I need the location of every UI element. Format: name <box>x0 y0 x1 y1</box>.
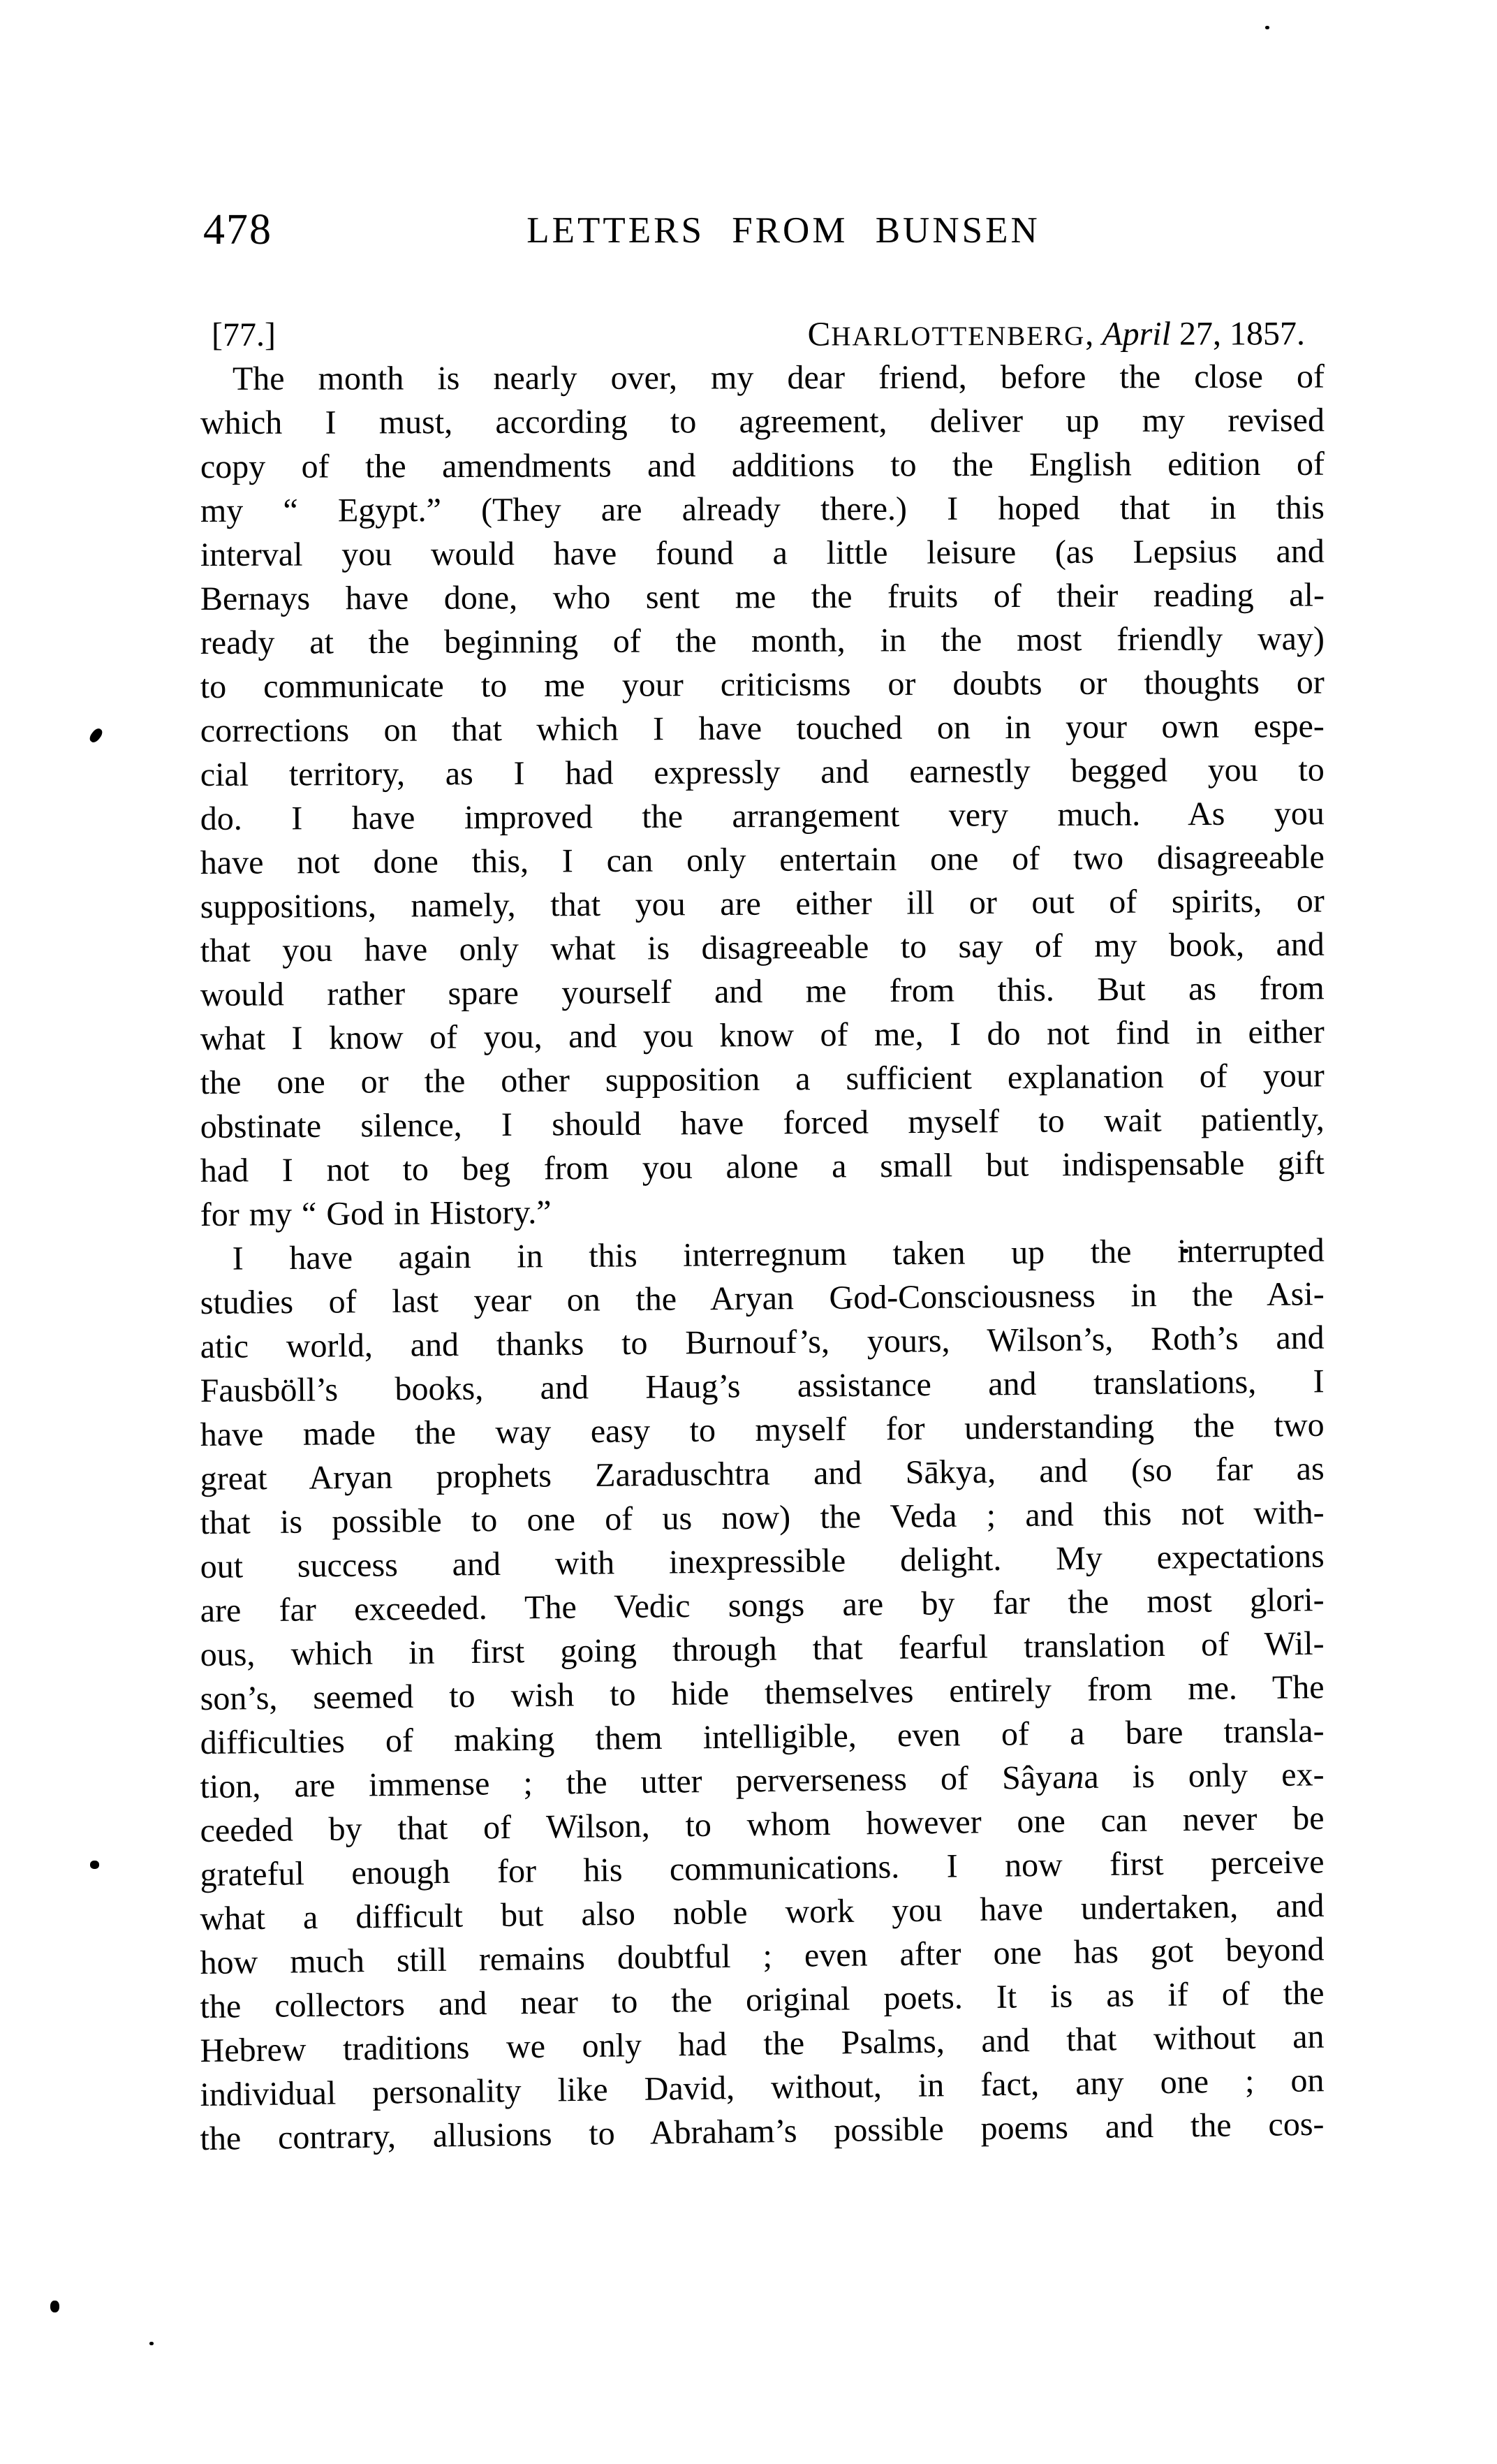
text-line: which I must, according to agreement, de… <box>200 399 1325 446</box>
dateline-month: April <box>1102 316 1171 353</box>
text-line: that you have only what is disagreeable … <box>200 923 1325 974</box>
ink-speck <box>88 726 105 744</box>
text-line: what I know of you, and you know of me, … <box>200 1011 1325 1062</box>
text-line: The month is nearly over, my dear friend… <box>200 355 1325 402</box>
text-line: obstinate silence, I should have forced … <box>200 1098 1325 1150</box>
ink-speck <box>149 2342 154 2345</box>
ink-speck <box>90 1861 99 1869</box>
place-name: HARLOTTENBERG <box>831 321 1085 352</box>
letter-text: The month is nearly over, my dear friend… <box>200 358 1325 2162</box>
page-header: 478 LETTERS FROM BUNSEN <box>200 208 1325 257</box>
place-initial: C <box>808 314 832 353</box>
place-and-date: CHARLOTTENBERG, April 27, 1857. <box>808 312 1305 358</box>
text-line: would rather spare yourself and me from … <box>200 967 1325 1018</box>
text-line: copy of the amendments and additions to … <box>200 443 1325 490</box>
running-title: LETTERS FROM BUNSEN <box>221 212 1345 249</box>
text-line: do. I have improved the arrangement very… <box>200 792 1325 842</box>
ink-speck <box>1183 1249 1188 1253</box>
ink-speck <box>1265 26 1269 29</box>
text-line: the one or the other supposition a suffi… <box>200 1054 1325 1106</box>
text-line: suppositions, namely, that you are eithe… <box>200 879 1325 930</box>
letter-number: [77.] <box>212 314 276 356</box>
text-line: to communicate to me your criticisms or … <box>200 661 1325 710</box>
text-line: ready at the beginning of the month, in … <box>200 617 1325 666</box>
text-line: corrections on that which I have touched… <box>200 705 1325 754</box>
text-line: cial territory, as I had expressly and e… <box>200 749 1325 798</box>
text-line: my “ Egypt.” (They are already there.) I… <box>200 486 1325 534</box>
text-line: had I not to beg from you alone a small … <box>200 1142 1325 1194</box>
text-line: interval you would have found a little l… <box>200 530 1325 578</box>
text-line: have not done this, I can only entertain… <box>200 836 1325 886</box>
dateline-separator: , <box>1085 316 1102 353</box>
dateline-day-year: 27, 1857. <box>1171 315 1305 352</box>
text-line: Bernays have done, who sent me the fruit… <box>200 573 1325 622</box>
dateline: [77.] CHARLOTTENBERG, April 27, 1857. <box>200 311 1325 358</box>
scanned-book-page: 478 LETTERS FROM BUNSEN [77.] CHARLOTTEN… <box>0 0 1497 2464</box>
letter-body: [77.] CHARLOTTENBERG, April 27, 1857. Th… <box>200 313 1325 2162</box>
ink-speck <box>50 2301 59 2312</box>
